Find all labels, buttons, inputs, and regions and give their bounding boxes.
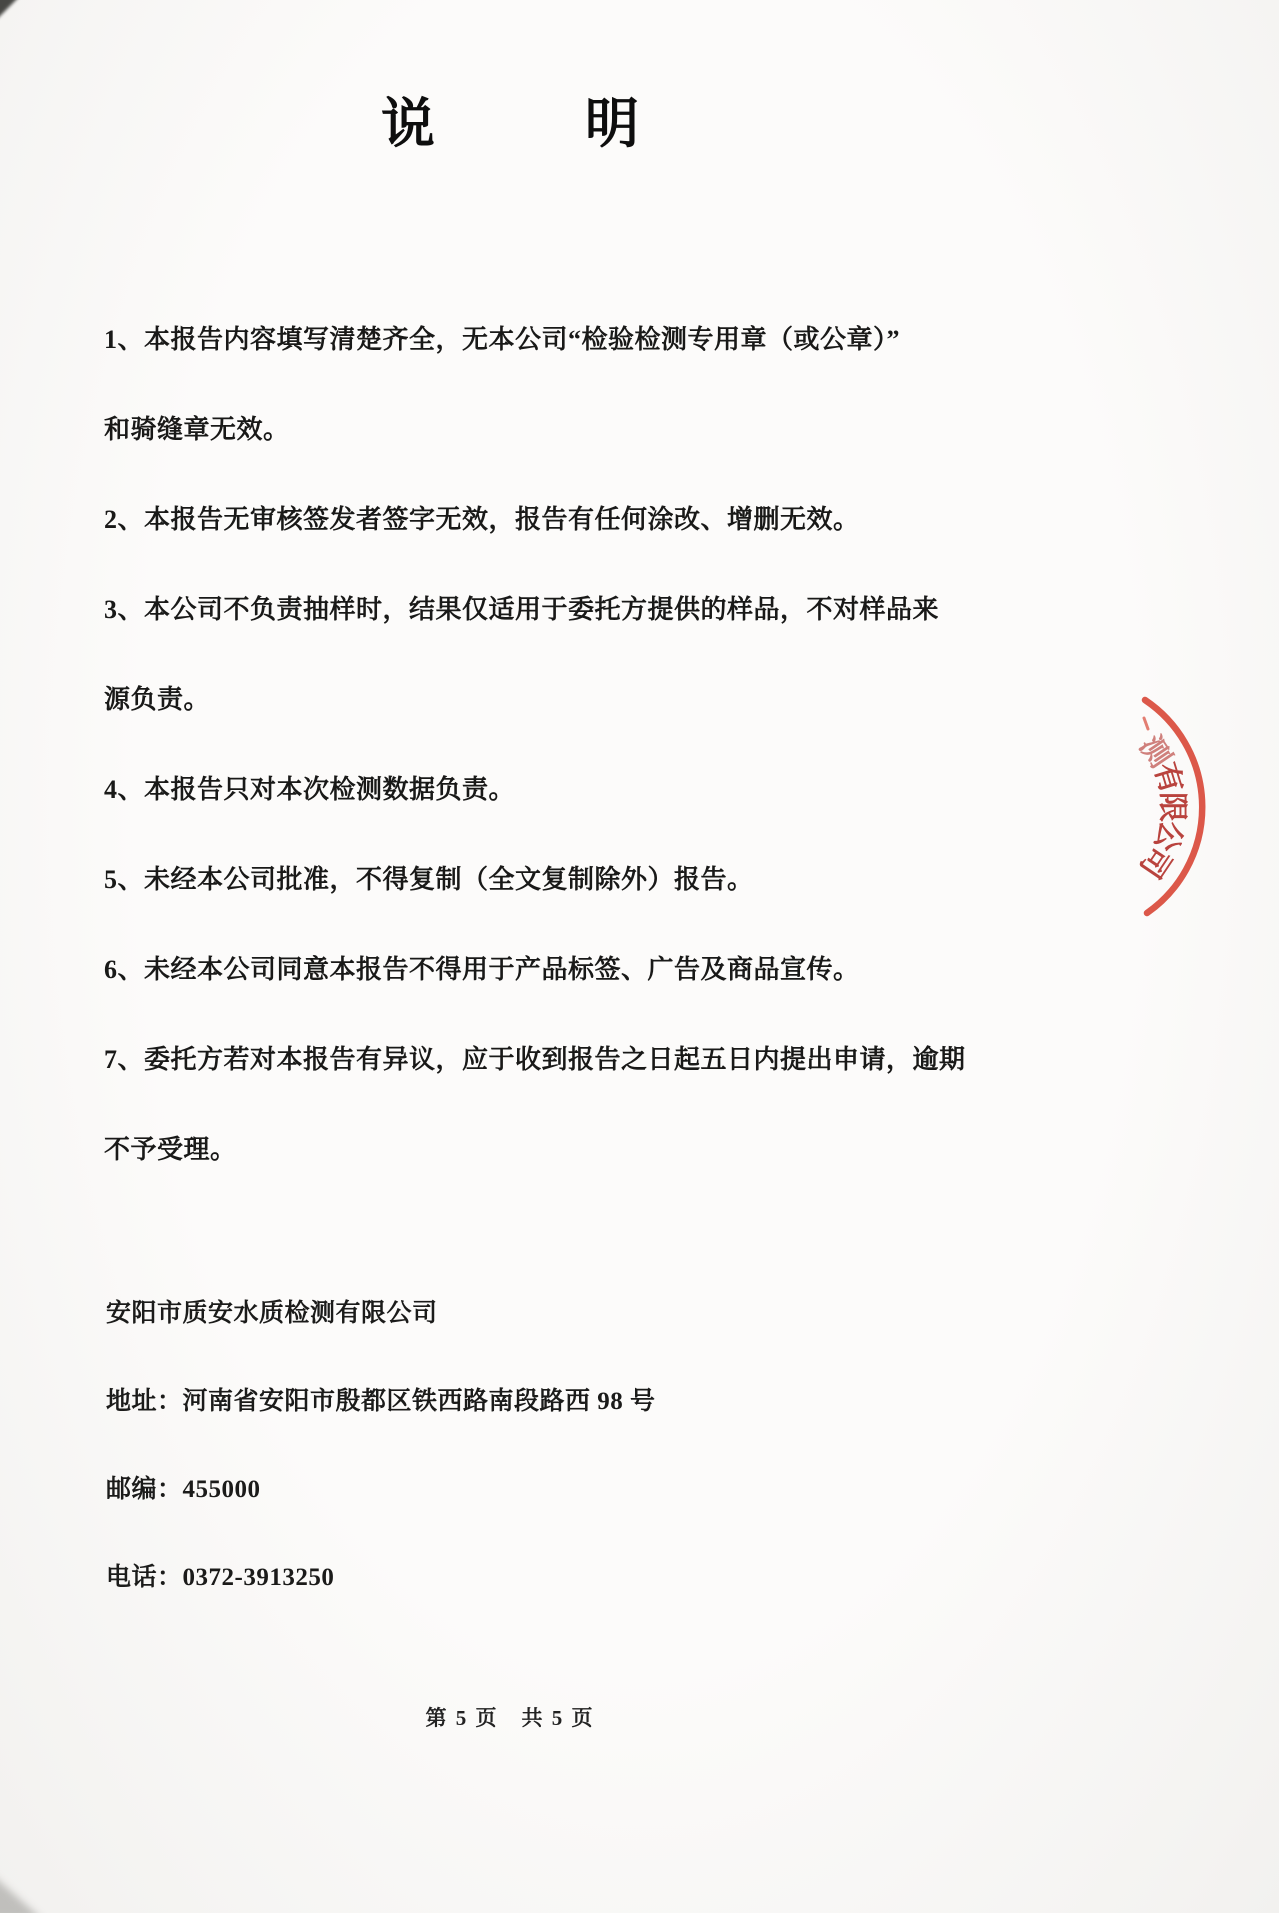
seal-character: 司 [1133, 840, 1177, 883]
seal-character: 限 [1156, 792, 1189, 822]
company-phone: 电话：0372-3913250 [106, 1534, 1006, 1622]
seal-arc [1145, 700, 1202, 913]
company-address: 地址：河南省安阳市殷都区铁西路南段路西 98 号 [106, 1358, 1006, 1446]
note-line-6: 6、未经本公司同意本报告不得用于产品标签、广告及商品宣传。 [104, 925, 1104, 1015]
page-title: 说明 [0, 92, 1020, 157]
page-number-footer: 第 5 页 共 5 页 [0, 1700, 1020, 1736]
seal-character: 测 [1133, 730, 1177, 773]
note-line-2: 2、本报告无审核签发者签字无效，报告有任何涂改、增删无效。 [104, 475, 1104, 565]
company-postcode: 邮编：455000 [106, 1446, 1006, 1534]
note-line-1: 1、本报告内容填写清楚齐全，无本公司“检验检测专用章（或公章）” [104, 295, 1104, 385]
scan-artifact-bottom-left [0, 1873, 42, 1913]
scan-artifact-top-left [0, 0, 23, 23]
document-page: 说明 1、本报告内容填写清楚齐全，无本公司“检验检测专用章（或公章）” 和骑缝章… [0, 0, 1279, 1913]
note-line-3-cont: 源负责。 [104, 655, 1104, 745]
seal-character: 公 [1148, 817, 1188, 855]
company-info-block: 安阳市质安水质检测有限公司 地址：河南省安阳市殷都区铁西路南段路西 98 号 邮… [106, 1270, 1006, 1622]
note-line-4: 4、本报告只对本次检测数据负责。 [104, 745, 1104, 835]
note-line-7-cont: 不予受理。 [104, 1105, 1104, 1195]
seal-character: 有 [1148, 759, 1188, 797]
page-title-text: 说明 [381, 94, 789, 154]
seal-ink-fragment [1144, 718, 1148, 729]
company-name: 安阳市质安水质检测有限公司 [106, 1270, 1006, 1358]
note-line-7: 7、委托方若对本报告有异议，应于收到报告之日起五日内提出申请，逾期 [104, 1015, 1104, 1105]
note-line-1-cont: 和骑缝章无效。 [104, 385, 1104, 475]
notes-list: 1、本报告内容填写清楚齐全，无本公司“检验检测专用章（或公章）” 和骑缝章无效。… [104, 295, 1104, 1195]
note-line-5: 5、未经本公司批准，不得复制（全文复制除外）报告。 [104, 835, 1104, 925]
note-line-3: 3、本公司不负责抽样时，结果仅适用于委托方提供的样品，不对样品来 [104, 565, 1104, 655]
